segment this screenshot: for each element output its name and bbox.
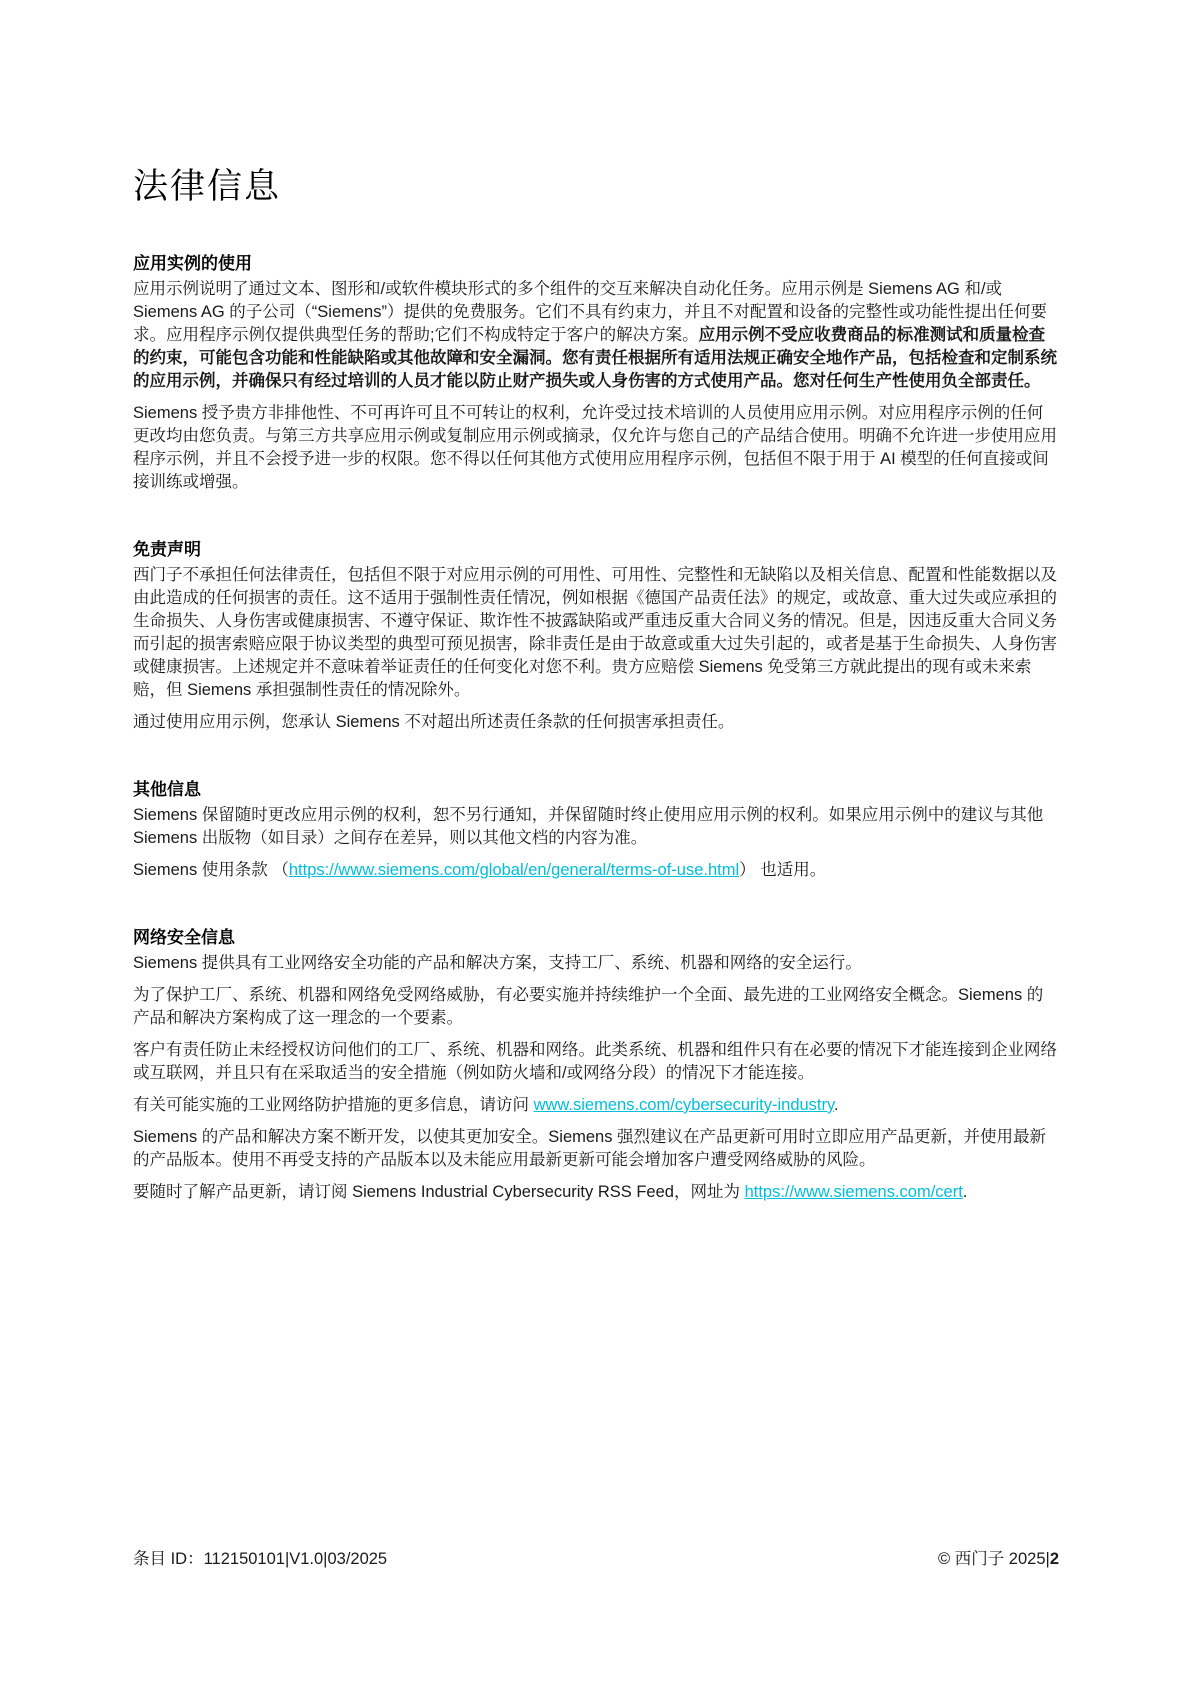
paragraph: Siemens 的产品和解决方案不断开发，以使其更加安全。Siemens 强烈建…: [133, 1126, 1059, 1172]
text-run: Siemens 提供具有工业网络安全功能的产品和解决方案，支持工厂、系统、机器和…: [133, 954, 862, 972]
paragraph: 有关可能实施的工业网络防护措施的更多信息，请访问 www.siemens.com…: [133, 1094, 1059, 1117]
text-run: Siemens 授予贵方非排他性、不可再许可且不可转让的权利，允许受过技术培训的…: [133, 404, 1057, 491]
text-run: 客户有责任防止未经授权访问他们的工厂、系统、机器和网络。此类系统、机器和组件只有…: [133, 1041, 1057, 1082]
cybersecurity-industry-link[interactable]: www.siemens.com/cybersecurity-industry: [534, 1096, 834, 1114]
page-footer: 条目 ID：112150101|V1.0|03/2025 © 西门子 2025|…: [133, 1548, 1059, 1571]
text-run: 西门子不承担任何法律责任，包括但不限于对应用示例的可用性、可用性、完整性和无缺陷…: [133, 566, 1057, 699]
page-content: 法律信息 应用实例的使用 应用示例说明了通过文本、图形和/或软件模块形式的多个组…: [133, 166, 1059, 1204]
paragraph: 应用示例说明了通过文本、图形和/或软件模块形式的多个组件的交互来解决自动化任务。…: [133, 278, 1059, 393]
document-page: 法律信息 应用实例的使用 应用示例说明了通过文本、图形和/或软件模块形式的多个组…: [0, 0, 1190, 1683]
text-run: ） 也适用。: [739, 861, 826, 879]
paragraph: 为了保护工厂、系统、机器和网络免受网络威胁，有必要实施并持续维护一个全面、最先进…: [133, 984, 1059, 1030]
copyright-text: © 西门子 2025|: [938, 1550, 1050, 1568]
cert-link[interactable]: https://www.siemens.com/cert: [745, 1183, 963, 1201]
footer-entry-id: 条目 ID：112150101|V1.0|03/2025: [133, 1548, 387, 1571]
paragraph: Siemens 授予贵方非排他性、不可再许可且不可转让的权利，允许受过技术培训的…: [133, 402, 1059, 494]
paragraph: 要随时了解产品更新，请订阅 Siemens Industrial Cyberse…: [133, 1181, 1059, 1204]
paragraph: Siemens 提供具有工业网络安全功能的产品和解决方案，支持工厂、系统、机器和…: [133, 952, 1059, 975]
terms-of-use-link[interactable]: https://www.siemens.com/global/en/genera…: [289, 861, 739, 879]
section-cybersecurity-information: 网络安全信息 Siemens 提供具有工业网络安全功能的产品和解决方案，支持工厂…: [133, 926, 1059, 1204]
section-other-information: 其他信息 Siemens 保留随时更改应用示例的权利，恕不另行通知，并保留随时终…: [133, 778, 1059, 882]
footer-copyright: © 西门子 2025|2: [938, 1548, 1059, 1571]
text-run: 要随时了解产品更新，请订阅 Siemens Industrial Cyberse…: [133, 1183, 745, 1201]
page-number: 2: [1050, 1550, 1059, 1568]
section-application-examples: 应用实例的使用 应用示例说明了通过文本、图形和/或软件模块形式的多个组件的交互来…: [133, 252, 1059, 494]
text-run: Siemens 的产品和解决方案不断开发，以使其更加安全。Siemens 强烈建…: [133, 1128, 1046, 1169]
text-run: Siemens 保留随时更改应用示例的权利，恕不另行通知，并保留随时终止使用应用…: [133, 806, 1043, 847]
text-run: .: [834, 1096, 839, 1114]
page-title: 法律信息: [133, 166, 1059, 208]
section-heading: 其他信息: [133, 778, 1059, 801]
text-run: 为了保护工厂、系统、机器和网络免受网络威胁，有必要实施并持续维护一个全面、最先进…: [133, 986, 1043, 1027]
paragraph: 客户有责任防止未经授权访问他们的工厂、系统、机器和网络。此类系统、机器和组件只有…: [133, 1039, 1059, 1085]
paragraph: Siemens 使用条款 （https://www.siemens.com/gl…: [133, 859, 1059, 882]
text-run: Siemens 使用条款 （: [133, 861, 289, 879]
text-run: 通过使用应用示例，您承认 Siemens 不对超出所述责任条款的任何损害承担责任…: [133, 713, 734, 731]
text-run: 有关可能实施的工业网络防护措施的更多信息，请访问: [133, 1096, 534, 1114]
section-heading: 网络安全信息: [133, 926, 1059, 949]
text-run: .: [963, 1183, 968, 1201]
section-heading: 应用实例的使用: [133, 252, 1059, 275]
section-heading: 免责声明: [133, 538, 1059, 561]
paragraph: Siemens 保留随时更改应用示例的权利，恕不另行通知，并保留随时终止使用应用…: [133, 804, 1059, 850]
paragraph: 通过使用应用示例，您承认 Siemens 不对超出所述责任条款的任何损害承担责任…: [133, 711, 1059, 734]
section-disclaimer: 免责声明 西门子不承担任何法律责任，包括但不限于对应用示例的可用性、可用性、完整…: [133, 538, 1059, 734]
paragraph: 西门子不承担任何法律责任，包括但不限于对应用示例的可用性、可用性、完整性和无缺陷…: [133, 564, 1059, 702]
